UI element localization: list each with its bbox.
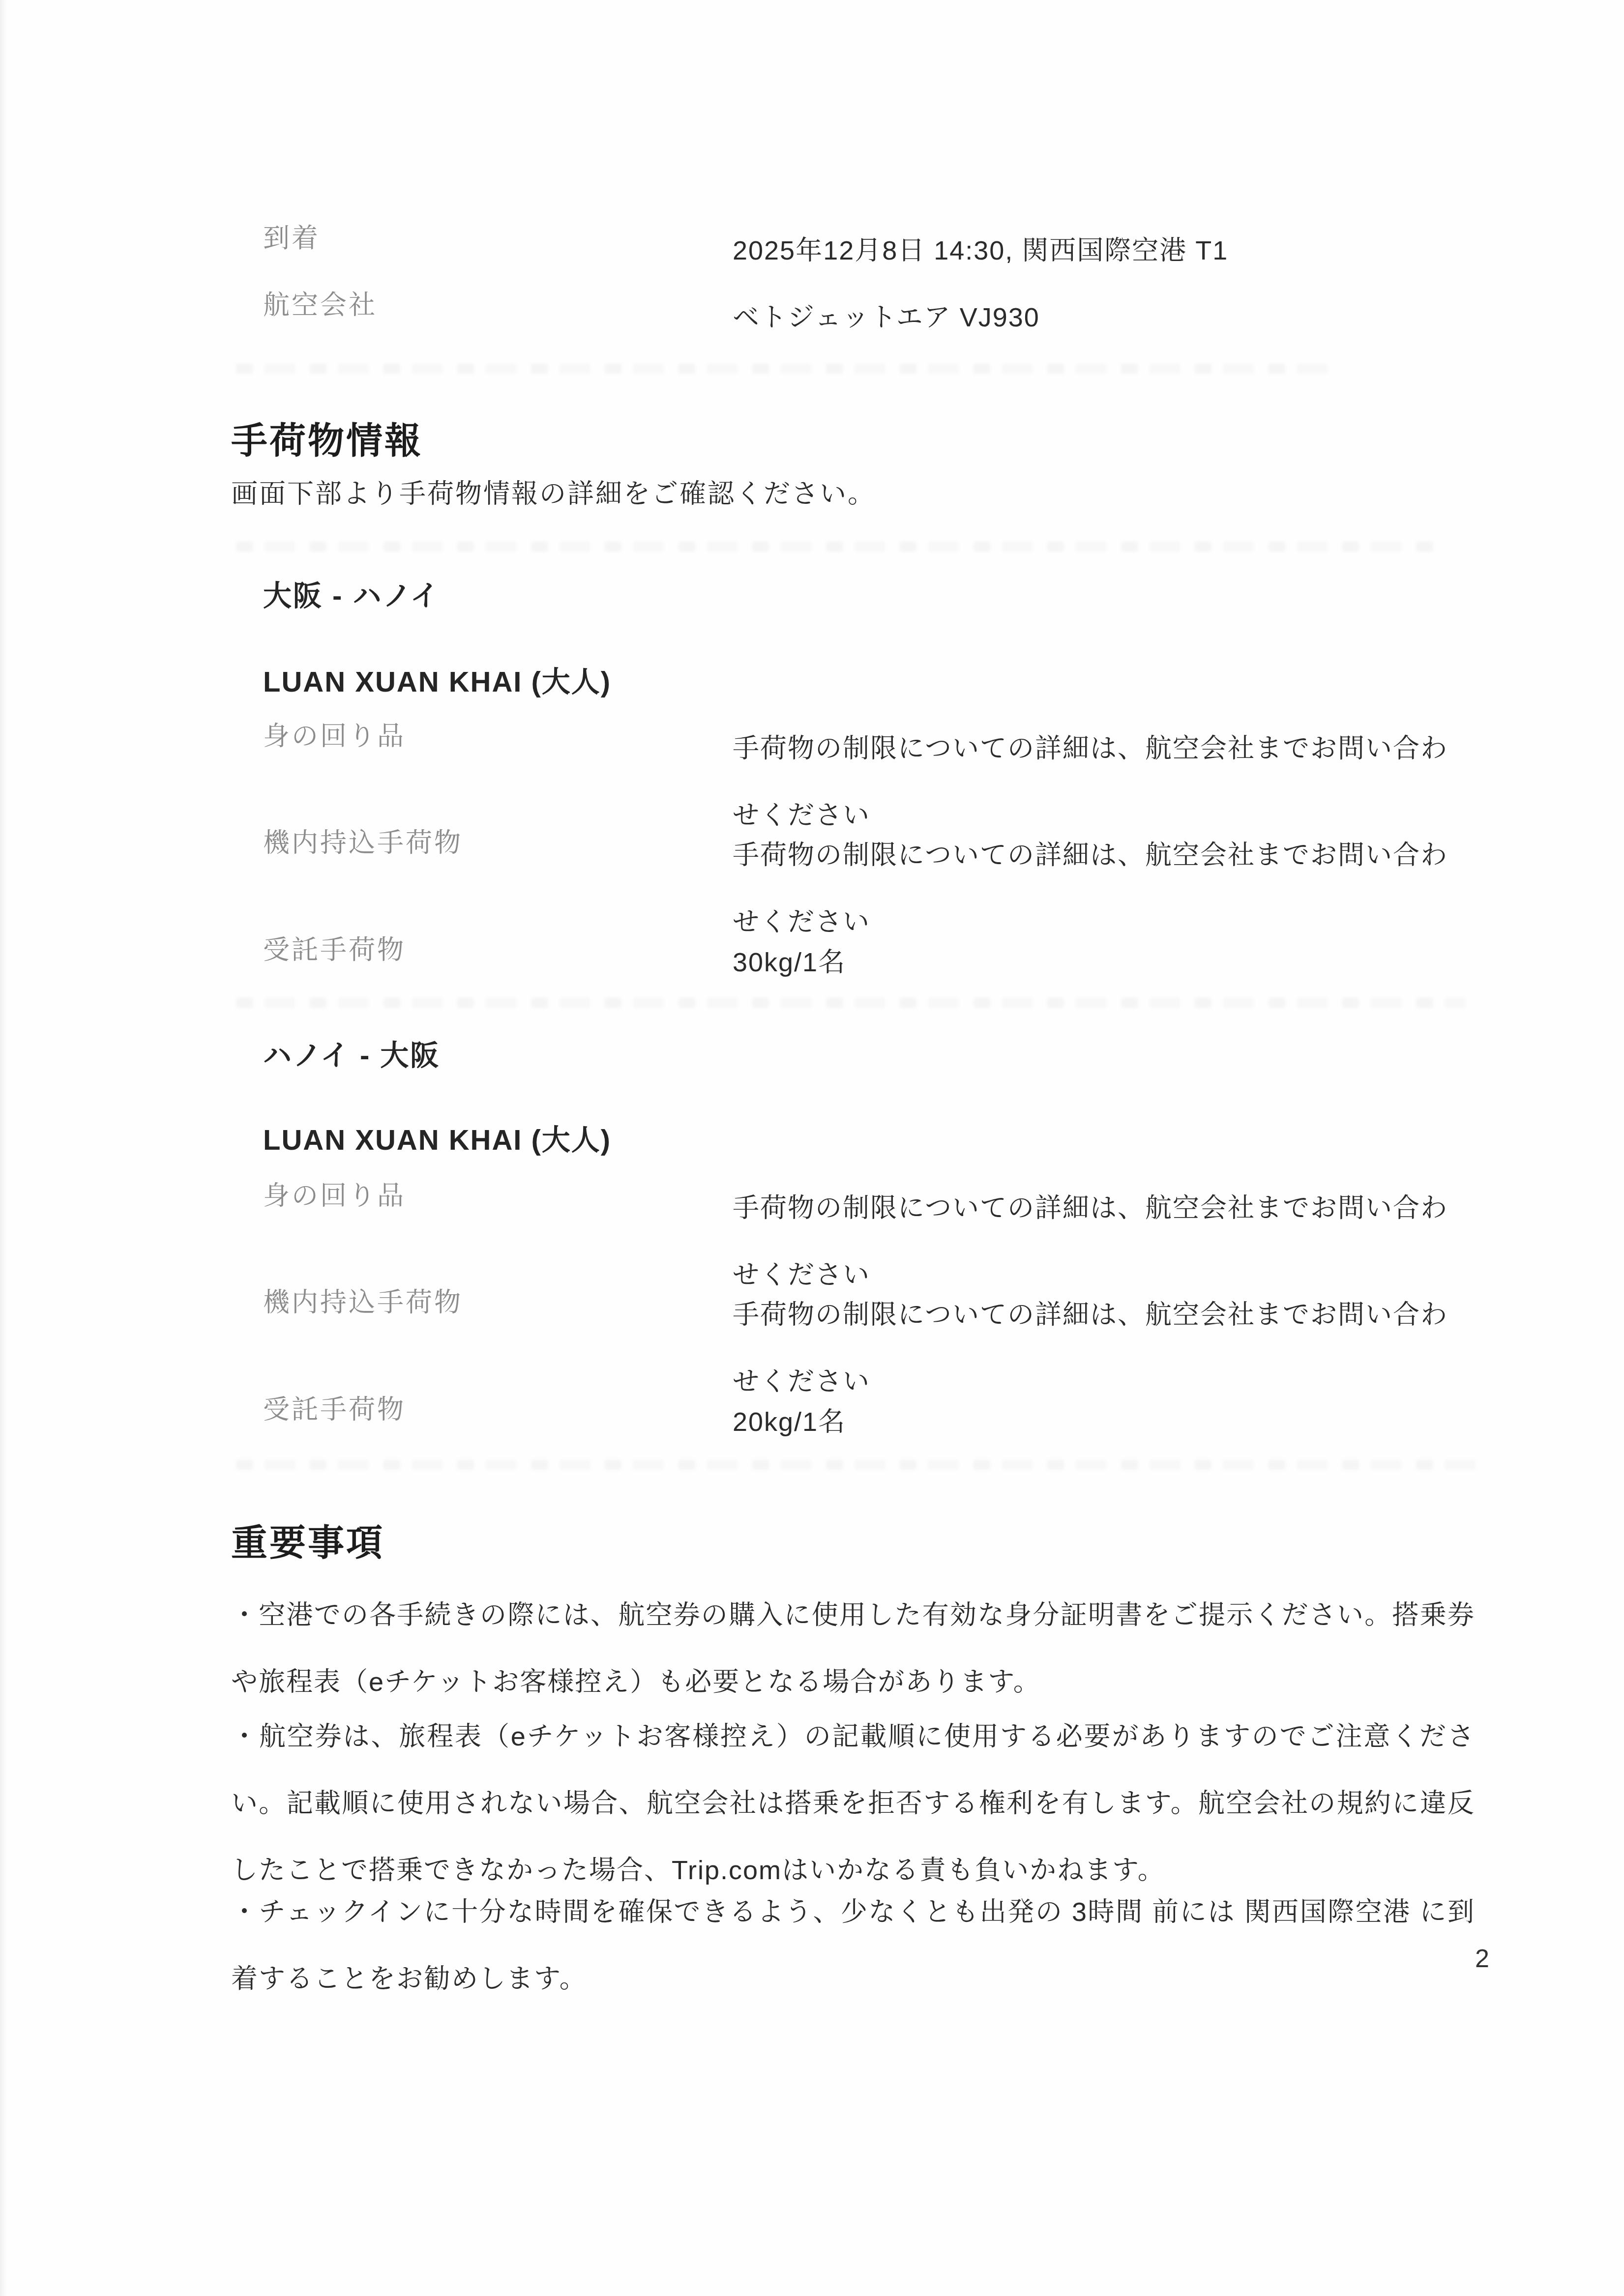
baggage-section-title: 手荷物情報 xyxy=(231,412,423,464)
baggage-section-description: 画面下部より手荷物情報の詳細をご確認ください。 xyxy=(231,473,876,511)
airline-value: ベトジェットエア VJ930 xyxy=(733,284,1470,351)
passenger-name: LUAN XUAN KHAI (大人) xyxy=(263,659,611,700)
personal-items-label: 身の回り品 xyxy=(263,715,406,753)
checked-baggage-value: 20kg/1名 xyxy=(733,1389,1470,1455)
arrival-value: 2025年12月8日 14:30, 関西国際空港 T1 xyxy=(733,217,1470,284)
checked-baggage-label: 受託手荷物 xyxy=(263,929,406,967)
scan-artifact xyxy=(236,1460,1490,1470)
scan-edge-shadow xyxy=(0,0,7,2296)
scan-artifact xyxy=(236,542,1441,552)
eticket-page: 到着 2025年12月8日 14:30, 関西国際空港 T1 航空会社 ベトジェ… xyxy=(0,0,1624,2296)
arrival-label: 到着 xyxy=(263,217,320,255)
page-number: 2 xyxy=(1475,1944,1489,1974)
personal-items-label: 身の回り品 xyxy=(263,1175,406,1213)
important-section-title: 重要事項 xyxy=(231,1514,384,1566)
route-title-hanoi-osaka: ハノイ - 大阪 xyxy=(263,1032,440,1074)
checked-baggage-value: 30kg/1名 xyxy=(733,929,1470,996)
scan-artifact xyxy=(236,364,1342,374)
checked-baggage-label: 受託手荷物 xyxy=(263,1389,406,1426)
route-title-osaka-hanoi: 大阪 - ハノイ xyxy=(263,573,440,614)
carry-on-label: 機内持込手荷物 xyxy=(263,1281,463,1319)
important-bullet-check-in-time: ・チェックインに十分な時間を確保できるよう、少なくとも出発の 3時間 前には 関… xyxy=(231,1879,1475,2012)
important-bullet-ticket-order: ・航空券は、旅程表（eチケットお客様控え）の記載順に使用する必要がありますのでご… xyxy=(231,1703,1475,1904)
carry-on-label: 機内持込手荷物 xyxy=(263,822,463,860)
scan-artifact xyxy=(236,998,1465,1008)
passenger-name: LUAN XUAN KHAI (大人) xyxy=(263,1117,611,1158)
important-bullet-id-documents: ・空港での各手続きの際には、航空券の購入に使用した有効な身分証明書をご提示くださ… xyxy=(231,1582,1475,1715)
airline-label: 航空会社 xyxy=(263,284,377,322)
